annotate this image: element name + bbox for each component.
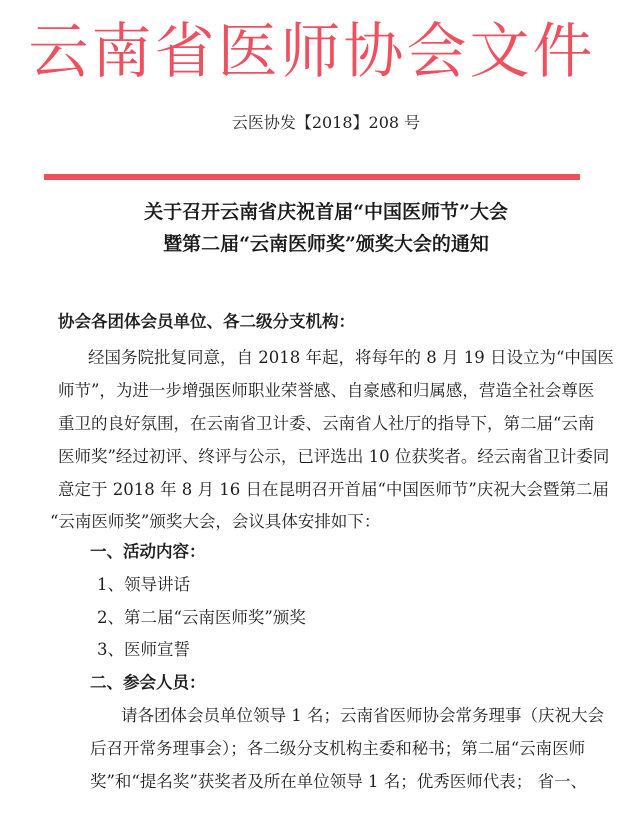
addressee-line: 协会各团体会员单位、各二级分支机构： <box>58 311 355 333</box>
paragraph-line: 后召开常务理事会）；各二级分支机构主委和秘书；第二届“云南医师 <box>90 738 585 760</box>
masthead-title: 云南省医师协会文件 <box>0 14 624 90</box>
paragraph-line: 意定于 2018 年 8 月 16 日在昆明召开首届“中国医师节”庆祝大会暨第二… <box>58 479 609 501</box>
section-heading: 一、活动内容： <box>90 541 206 563</box>
paragraph-line: 医师奖”经过初评、终评与公示，已评选出 10 位获奖者。经云南省卫计委同 <box>58 446 609 468</box>
paragraph-line: 师节”，为进一步增强医师职业荣誉感、自豪感和归属感，营造全社会尊医 <box>58 380 594 402</box>
paragraph-line: “云南医师奖”颁奖大会，会议具体安排如下： <box>50 511 380 533</box>
notice-title: 关于召开云南省庆祝首届“中国医师节”大会 暨第二届“云南医师奖”颁奖大会的通知 <box>0 196 624 260</box>
document-page: 云南省医师协会文件 云医协发【2018】208 号 关于召开云南省庆祝首届“中国… <box>0 0 624 824</box>
paragraph-line: 请各团体会员单位领导 1 名；云南省医师协会常务理事（庆祝大会 <box>121 705 604 727</box>
list-item: 3、医师宣誓 <box>97 639 190 661</box>
paragraph-line: 经国务院批复同意，自 2018 年起，将每年的 8 月 19 日设立为“中国医 <box>88 347 614 369</box>
list-item: 1、领导讲话 <box>97 574 190 596</box>
notice-title-line-1: 关于召开云南省庆祝首届“中国医师节”大会 <box>0 196 624 228</box>
section-heading: 二、参会人员： <box>90 672 206 694</box>
list-item: 2、第二届“云南医师奖”颁奖 <box>97 607 306 629</box>
paragraph-line: 重卫的良好氛围，在云南省卫计委、云南省人社厅的指导下，第二届“云南 <box>58 413 594 435</box>
paragraph-line: 奖”和“提名奖”获奖者及所在单位领导 1 名；优秀医师代表； 省一、 <box>90 771 587 793</box>
notice-title-line-2: 暨第二届“云南医师奖”颁奖大会的通知 <box>0 228 624 260</box>
document-number: 云医协发【2018】208 号 <box>0 112 624 134</box>
red-divider-rule <box>44 174 580 180</box>
